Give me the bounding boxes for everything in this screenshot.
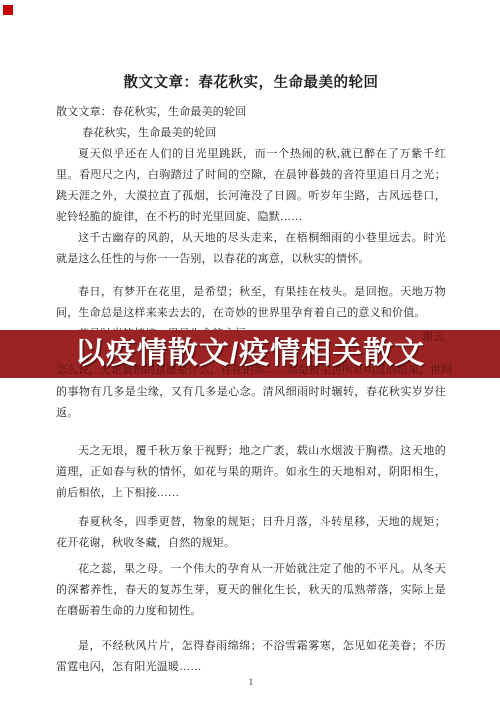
corner-marker [3,5,13,15]
paragraph: 春夏秋冬，四季更替，物象的规矩；日升月落，斗转星移，天地的规矩；花开花谢，秋收冬… [56,512,446,554]
paragraph: 春日，有梦开在花里，是希望；秋至，有果挂在枝头。是回抱。天地万物间，生命总是这样… [56,282,446,324]
paragraph: 这千古幽存的风韵，从天地的尽头走来，在梧桐细雨的小巷里远去。时光就是这么任性的与… [56,228,446,270]
paragraph: 天之无垠，覆千秋万象于视野；地之广袤，载山水烟波于胸襟。这天地的道理，正如春与秋… [56,441,446,504]
paragraph: 夏天似乎还在人们的目光里跳跃，而一个热闹的秋,就已醉在了万紫千红里。看咫尺之内，… [56,144,446,228]
watermark-banner-text: 以疫情散文/疫情相关散文 [0,330,500,378]
paragraph: 是，不经秋风片片，怎得春雨绵绵；不浴雪霜雾寒，怎见如花美眷；不历雷霆电闪，怎有阳… [56,636,446,678]
page-title: 散文文章：春花秋实，生命最美的轮回 [56,70,446,96]
document-page: 散文文章：春花秋实，生命最美的轮回 散文文章：春花秋实，生命最美的轮回 春花秋实… [0,0,500,707]
paragraph-continuation: 的事物有几多是尘缘，又有几多是心念。清风细雨时时辗转，春花秋实岁岁往返。 [56,382,446,424]
watermark-banner: 谢云 怎么说，无论最初的意愿是什么，存在的都……都是被尘世所证明过的结果。世间 … [0,330,500,378]
paragraph: 花之蕊，果之母。一个伟大的孕育从一开始就注定了他的不平凡。从冬天的深蓄养性，春天… [56,559,446,622]
subtitle-line: 散文文章：春花秋实，生命最美的轮回 [56,102,446,123]
subtitle-line: 春花秋实，生命最美的轮回 [56,123,446,144]
